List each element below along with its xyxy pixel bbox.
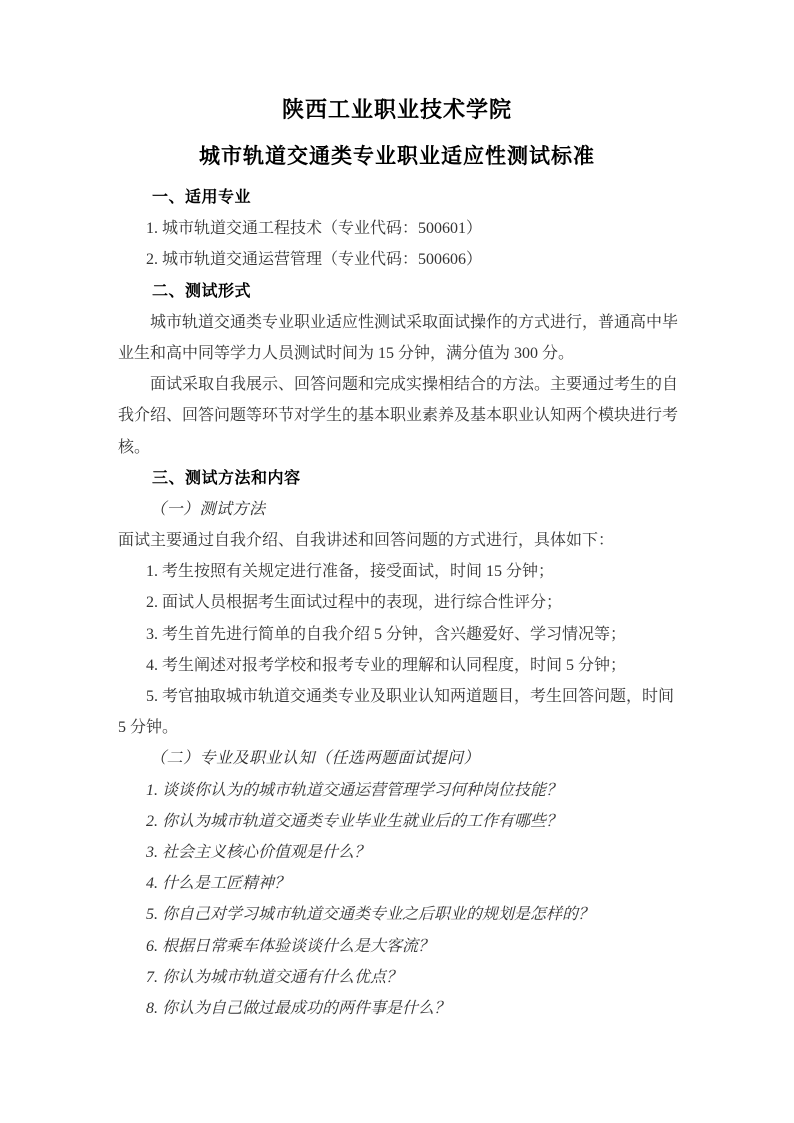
question-item-1: 1. 谈谈你认为的城市轨道交通运营管理学习何种岗位技能？ [118,775,676,806]
list-item-method-5: 5. 考官抽取城市轨道交通类专业及职业认知两道题目，考生回答问题，时间 [118,681,676,712]
doc-title-line2: 城市轨道交通类专业职业适应性测试标准 [118,143,676,169]
question-item-4: 4. 什么是工匠精神？ [118,868,676,899]
question-item-3: 3. 社会主义核心价值观是什么？ [118,837,676,868]
paragraph-line: 核。 [118,432,676,463]
subsection-2-heading: （二）专业及职业认知（任选两题面试提问） [118,743,676,774]
document-page: 陕西工业职业技术学院 城市轨道交通类专业职业适应性测试标准 一、适用专业 1. … [0,0,794,1123]
paragraph-line: 我介绍、回答问题等环节对学生的基本职业素养及基本职业认知两个模块进行考 [118,400,676,431]
list-item-method-1: 1. 考生按照有关规定进行准备，接受面试，时间 15 分钟； [118,556,676,587]
question-item-7: 7. 你认为城市轨道交通有什么优点？ [118,962,676,993]
section-3-heading: 三、测试方法和内容 [118,463,676,494]
subsection-1-heading: （一）测试方法 [118,494,676,525]
paragraph-line: 业生和高中同等学力人员测试时间为 15 分钟，满分值为 300 分。 [118,338,676,369]
list-item-method-4: 4. 考生阐述对报考学校和报考专业的理解和认同程度，时间 5 分钟； [118,650,676,681]
doc-title-line1: 陕西工业职业技术学院 [118,97,676,123]
list-item-method-3: 3. 考生首先进行简单的自我介绍 5 分钟，含兴趣爱好、学习情况等； [118,619,676,650]
section-2-heading: 二、测试形式 [118,276,676,307]
paragraph-line: 面试采取自我展示、回答问题和完成实操相结合的方法。主要通过考生的自 [118,369,676,400]
list-item-major-2: 2. 城市轨道交通运营管理（专业代码：500606） [118,244,676,275]
list-item-major-1: 1. 城市轨道交通工程技术（专业代码：500601） [118,213,676,244]
document-body: 一、适用专业 1. 城市轨道交通工程技术（专业代码：500601） 2. 城市轨… [118,182,676,1024]
question-item-6: 6. 根据日常乘车体验谈谈什么是大客流？ [118,931,676,962]
question-item-2: 2. 你认为城市轨道交通类专业毕业生就业后的工作有哪些？ [118,806,676,837]
question-item-8: 8. 你认为自己做过最成功的两件事是什么？ [118,993,676,1024]
paragraph-line: 面试主要通过自我介绍、自我讲述和回答问题的方式进行，具体如下： [118,525,676,556]
paragraph-line: 城市轨道交通类专业职业适应性测试采取面试操作的方式进行，普通高中毕 [118,307,676,338]
question-item-5: 5. 你自己对学习城市轨道交通类专业之后职业的规划是怎样的？ [118,899,676,930]
list-item-method-2: 2. 面试人员根据考生面试过程中的表现，进行综合性评分； [118,587,676,618]
list-item-method-5-continuation: 5 分钟。 [118,712,676,743]
section-1-heading: 一、适用专业 [118,182,676,213]
document-content: 陕西工业职业技术学院 城市轨道交通类专业职业适应性测试标准 一、适用专业 1. … [0,0,794,1024]
